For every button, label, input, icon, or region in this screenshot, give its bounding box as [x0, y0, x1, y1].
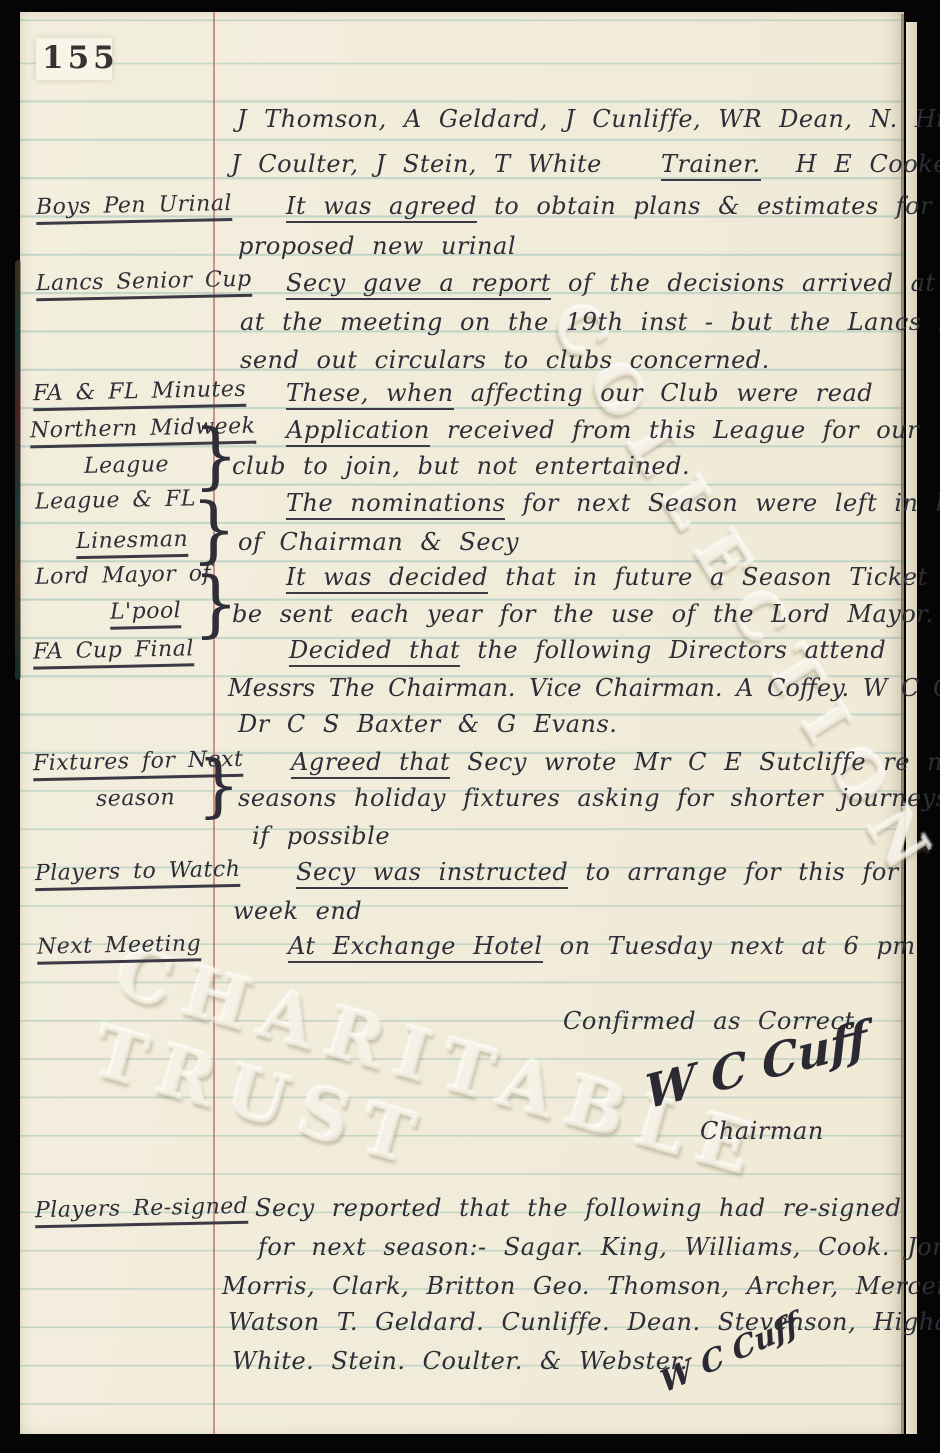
minute-line: at the meeting on the 19th inst - but th…	[240, 309, 940, 337]
margin-heading-line2: Linesman	[76, 527, 189, 560]
margin-heading: Players to Watch	[35, 857, 241, 892]
minute-line: Agreed that Secy wrote Mr C E Sutcliffe …	[291, 749, 940, 777]
margin-heading-line2: League	[84, 452, 170, 479]
minute-line: send out circulars to clubs concerned.	[240, 347, 770, 375]
margin-heading: Next Meeting	[37, 931, 202, 965]
margin-heading: FA Cup Final	[33, 636, 195, 670]
minute-book-photo: COLLECTION CHARITABLE TRUST 155 J Thomso…	[0, 0, 940, 1453]
minute-line: for next season:- Sagar. King, Williams,…	[258, 1234, 940, 1262]
margin-heading-line2: season	[96, 785, 176, 812]
minute-line: White. Stein. Coulter. & Webster.	[232, 1348, 688, 1376]
attendees-line-2: J Coulter, J Stein, T White Trainer. H E…	[231, 151, 940, 179]
margin-heading: Players Re-signed	[35, 1194, 249, 1229]
minute-line: Dr C S Baxter & G Evans.	[238, 711, 617, 739]
page-edge	[901, 14, 904, 1434]
minute-line: seasons holiday fixtures asking for shor…	[238, 785, 940, 813]
margin-heading: Lord Mayor of	[35, 561, 212, 590]
minute-line: Secy gave a report of the decisions arri…	[286, 270, 936, 298]
minute-line: Decided that the following Directors att…	[289, 637, 886, 665]
minute-line: club to join, but not entertained.	[232, 453, 690, 481]
minute-line: Secy was instructed to arrange for this …	[296, 859, 899, 887]
page-number: 155	[42, 40, 119, 76]
trainer-name: H E Cooke	[796, 150, 940, 178]
chairman-role: Chairman	[700, 1118, 824, 1146]
minute-line: Secy reported that the following had re-…	[255, 1195, 901, 1223]
minute-line: Watson T. Geldard. Cunliffe. Dean. Steve…	[228, 1309, 940, 1337]
margin-heading: FA & FL Minutes	[33, 377, 247, 412]
minute-line: Messrs The Chairman. Vice Chairman. A Co…	[228, 675, 940, 703]
trainer-label: Trainer.	[661, 150, 761, 181]
margin-heading-line2: L'pool	[110, 598, 182, 630]
next-page-sliver	[906, 22, 917, 1434]
minute-line: These, when affecting our Club were read	[286, 380, 873, 408]
minute-line: proposed new urinal	[238, 233, 516, 261]
attendees-line-1: J Thomson, A Geldard, J Cunliffe, WR Dea…	[237, 106, 940, 134]
minute-line: It was decided that in future a Season T…	[286, 564, 928, 592]
minute-line: It was agreed to obtain plans & estimate…	[286, 193, 940, 221]
minute-line: Morris, Clark, Britton Geo. Thomson, Arc…	[222, 1273, 940, 1301]
margin-heading: Lancs Senior Cup	[36, 267, 252, 302]
minute-line: if possible	[252, 823, 390, 851]
binding-marble-edge	[15, 260, 21, 680]
minute-line: The nominations for next Season were lef…	[286, 490, 940, 518]
minute-line: week end	[233, 898, 362, 926]
margin-brace: }	[197, 748, 241, 826]
attendees-names: J Coulter, J Stein, T White	[231, 150, 602, 178]
minute-line: be sent each year for the use of the Lor…	[232, 601, 934, 629]
minute-line: of Chairman & Secy	[238, 529, 519, 557]
margin-heading: League & FL	[35, 486, 196, 515]
minute-line: Application received from this League fo…	[286, 417, 919, 445]
margin-brace: }	[191, 488, 237, 571]
margin-heading: Boys Pen Urinal	[36, 191, 233, 225]
minute-line: At Exchange Hotel on Tuesday next at 6 p…	[288, 933, 916, 961]
